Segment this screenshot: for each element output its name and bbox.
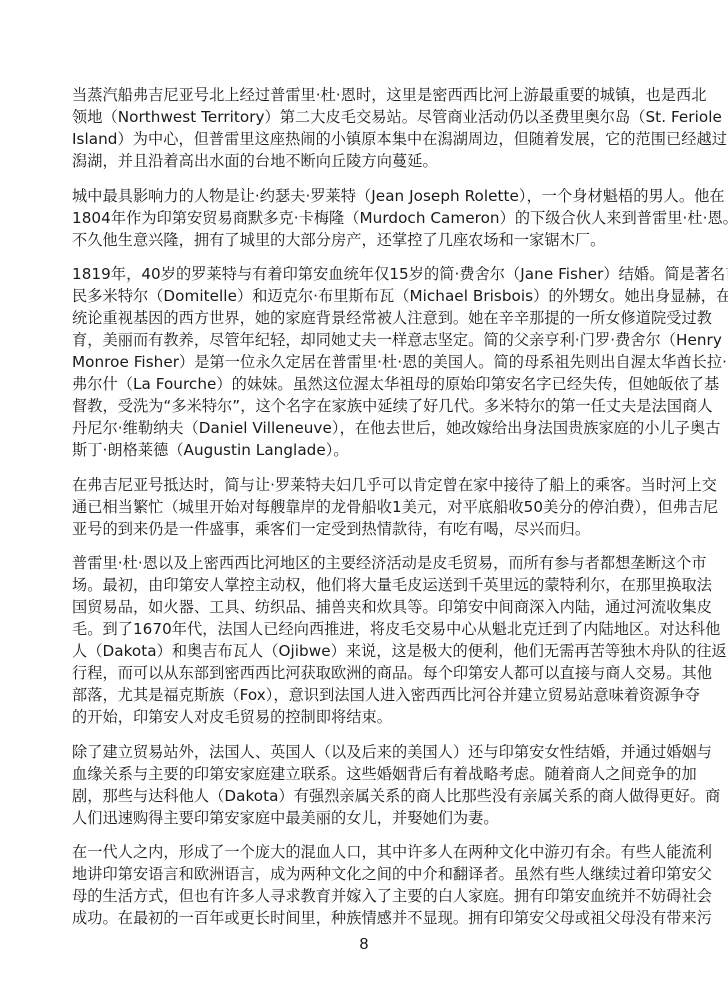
text-line: 母的生活方式，但也有许多人寻求教育并嫁入了主要的白人家庭。拥有印第安血统并不妨碍… [72, 885, 658, 907]
text-line: 部落，尤其是福克斯族（Fox），意识到法国人进入密西西比河谷并建立贸易站意味着资… [72, 684, 658, 706]
text-line: 民多米特尔（Domitelle）和迈克尔·布里斯布瓦（Michael Brisb… [72, 285, 658, 307]
paragraph-4: 在弗吉尼亚号抵达时，简与让·罗莱特夫妇几乎可以肯定曾在家中接待了船上的乘客。当时… [72, 474, 658, 540]
text-line: 斯丁·朗格莱德（Augustin Langlade）。 [72, 439, 658, 461]
text-line: 不久他生意兴隆，拥有了城里的大部分房产，还掌控了几座农场和一家锯木厂。 [72, 229, 658, 251]
text-line: 亚号的到来仍是一件盛事，乘客们一定受到热情款待，有吃有喝，尽兴而归。 [72, 518, 658, 540]
text-line: 人们迅速购得主要印第安家庭中最美丽的女儿，并娶她们为妻。 [72, 807, 658, 829]
text-line: 成功。在最初的一百年或更长时间里，种族情感并不显现。拥有印第安父母或祖父母没有带… [72, 907, 658, 929]
text-line: 城中最具影响力的人物是让·约瑟夫·罗莱特（Jean Joseph Rolette… [72, 185, 658, 207]
text-line: Island）为中心，但普雷里这座热闹的小镇原本集中在潟湖周边，但随着发展，它的… [72, 128, 658, 150]
text-line: 丹尼尔·维勒纳夫（Daniel Villeneuve），在他去世后，她改嫁给出身… [72, 417, 658, 439]
text-line: 统论重视基因的西方世界，她的家庭背景经常被人注意到。她在辛辛那提的一所女修道院受… [72, 307, 658, 329]
text-line: 在弗吉尼亚号抵达时，简与让·罗莱特夫妇几乎可以肯定曾在家中接待了船上的乘客。当时… [72, 474, 658, 496]
text-line: Monroe Fisher）是第一位永久定居在普雷里·杜·恩的美国人。简的母系祖… [72, 351, 658, 373]
paragraph-6: 除了建立贸易站外，法国人、英国人（以及后来的美国人）还与印第安女性结婚，并通过婚… [72, 741, 658, 829]
text-line: 地讲印第安语言和欧洲语言，成为两种文化之间的中介和翻译者。虽然有些人继续过着印第… [72, 863, 658, 885]
text-line: 弗尔什（La Fourche）的妹妹。虽然这位渥太华祖母的原始印第安名字已经失传… [72, 373, 658, 395]
text-line: 通已相当繁忙（城里开始对每艘靠岸的龙骨船收1美元，对平底船收50美分的停泊费），… [72, 496, 658, 518]
text-line: 潟湖，并且沿着高出水面的台地不断向丘陵方向蔓延。 [72, 150, 658, 172]
text-line: 1819年，40岁的罗莱特与有着印第安血统年仅15岁的简·费舍尔（Jane Fi… [72, 263, 658, 285]
paragraph-5: 普雷里·杜·恩以及上密西西比河地区的主要经济活动是皮毛贸易，而所有参与者都想垄断… [72, 552, 658, 728]
text-line: 场。最初，由印第安人掌控主动权，他们将大量毛皮运送到千英里远的蒙特利尔，在那里换… [72, 574, 658, 596]
text-line: 人（Dakota）和奥吉布瓦人（Ojibwe）来说，这是极大的便利，他们无需再苦… [72, 640, 658, 662]
text-line: 普雷里·杜·恩以及上密西西比河地区的主要经济活动是皮毛贸易，而所有参与者都想垄断… [72, 552, 658, 574]
page-number: 8 [0, 936, 728, 954]
paragraph-7: 在一代人之内，形成了一个庞大的混血人口，其中许多人在两种文化中游刃有余。有些人能… [72, 841, 658, 929]
text-line: 1804年作为印第安贸易商默多克·卡梅隆（Murdoch Cameron）的下级… [72, 207, 658, 229]
document-body: 当蒸汽船弗吉尼亚号北上经过普雷里·杜·恩时，这里是密西西比河上游最重要的城镇，也… [72, 84, 658, 942]
paragraph-3: 1819年，40岁的罗莱特与有着印第安血统年仅15岁的简·费舍尔（Jane Fi… [72, 263, 658, 461]
text-line: 毛。到了1670年代，法国人已经向西推进，将皮毛交易中心从魁北克迁到了内陆地区。… [72, 618, 658, 640]
text-line: 除了建立贸易站外，法国人、英国人（以及后来的美国人）还与印第安女性结婚，并通过婚… [72, 741, 658, 763]
text-line: 当蒸汽船弗吉尼亚号北上经过普雷里·杜·恩时，这里是密西西比河上游最重要的城镇，也… [72, 84, 658, 106]
paragraph-2: 城中最具影响力的人物是让·约瑟夫·罗莱特（Jean Joseph Rolette… [72, 185, 658, 251]
text-line: 的开始，印第安人对皮毛贸易的控制即将结束。 [72, 706, 658, 728]
text-line: 国贸易品，如火器、工具、纺织品、捕兽夹和炊具等。印第安中间商深入内陆，通过河流收… [72, 596, 658, 618]
text-line: 血缘关系与主要的印第安家庭建立联系。这些婚姻背后有着战略考虑。随着商人之间竞争的… [72, 763, 658, 785]
text-line: 督教，受洗为“多米特尔”，这个名字在家族中延续了好几代。多米特尔的第一任丈夫是法… [72, 395, 658, 417]
text-line: 行程，而可以从东部到密西西比河获取欧洲的商品。每个印第安人都可以直接与商人交易。… [72, 662, 658, 684]
text-line: 育，美丽而有教养，尽管年纪轻，却同她丈夫一样意志坚定。简的父亲亨利·门罗·费舍尔… [72, 329, 658, 351]
text-line: 在一代人之内，形成了一个庞大的混血人口，其中许多人在两种文化中游刃有余。有些人能… [72, 841, 658, 863]
text-line: 领地（Northwest Territory）第二大皮毛交易站。尽管商业活动仍以… [72, 106, 658, 128]
text-line: 剧，那些与达科他人（Dakota）有强烈亲属关系的商人比那些没有亲属关系的商人做… [72, 785, 658, 807]
paragraph-1: 当蒸汽船弗吉尼亚号北上经过普雷里·杜·恩时，这里是密西西比河上游最重要的城镇，也… [72, 84, 658, 172]
